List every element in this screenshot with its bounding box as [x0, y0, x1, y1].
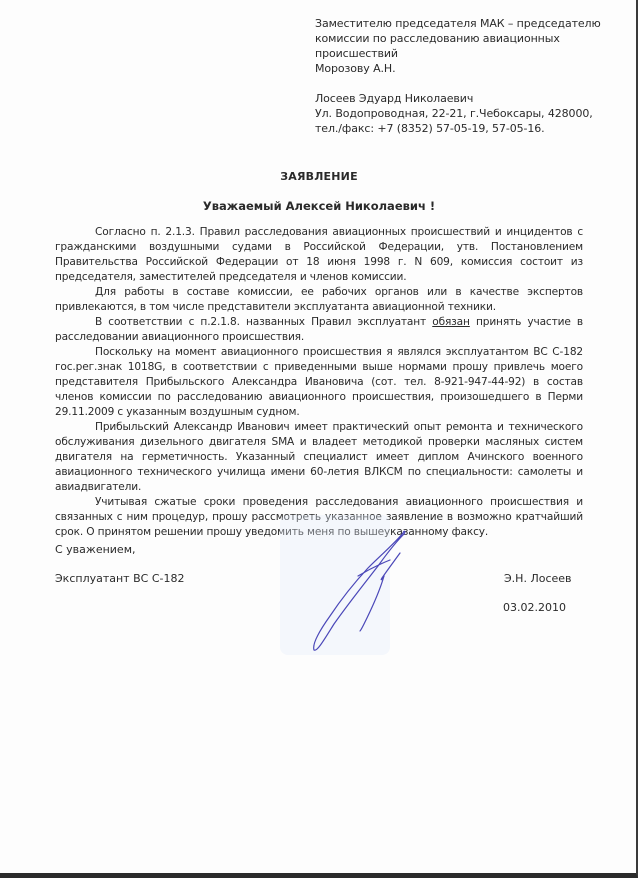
document-body: Согласно п. 2.1.3. Правил расследования … — [55, 225, 583, 540]
document-page: Заместителю председателя МАК – председат… — [0, 0, 638, 878]
paragraph: Согласно п. 2.1.3. Правил расследования … — [55, 225, 583, 285]
addressee-block: Заместителю председателя МАК – председат… — [315, 16, 625, 136]
document-date: 03.02.2010 — [503, 601, 566, 614]
paragraph-text: В соответствии с п.2.1.8. названных Прав… — [95, 316, 432, 328]
addressee-name: Морозову А.Н. — [315, 61, 625, 76]
addressee-line: происшествий — [315, 46, 625, 61]
paragraph: Поскольку на момент авиационного происше… — [55, 345, 583, 420]
signatory-role: Эксплуатант ВС С-182 — [55, 572, 184, 585]
salutation: Уважаемый Алексей Николаевич ! — [0, 199, 638, 213]
signature-icon — [300, 520, 440, 680]
sender-address: Ул. Водопроводная, 22-21, г.Чебоксары, 4… — [315, 106, 625, 121]
addressee-line: Заместителю председателя МАК – председат… — [315, 16, 625, 31]
emphasis-obligated: обязан — [432, 316, 470, 328]
sender-phone: тел./факс: +7 (8352) 57-05-19, 57-05-16. — [315, 121, 625, 136]
sender-name: Лосеев Эдуард Николаевич — [315, 91, 625, 106]
paragraph: Прибыльский Александр Иванович имеет пра… — [55, 420, 583, 495]
closing: С уважением, — [55, 543, 136, 556]
signatory-name: Э.Н. Лосеев — [504, 572, 572, 585]
paragraph: В соответствии с п.2.1.8. названных Прав… — [55, 315, 583, 345]
paragraph: Для работы в составе комиссии, ее рабочи… — [55, 285, 583, 315]
addressee-line: комиссии по расследованию авиационных — [315, 31, 625, 46]
document-title: ЗАЯВЛЕНИЕ — [0, 170, 638, 183]
sender-block: Лосеев Эдуард Николаевич Ул. Водопроводн… — [315, 91, 625, 136]
